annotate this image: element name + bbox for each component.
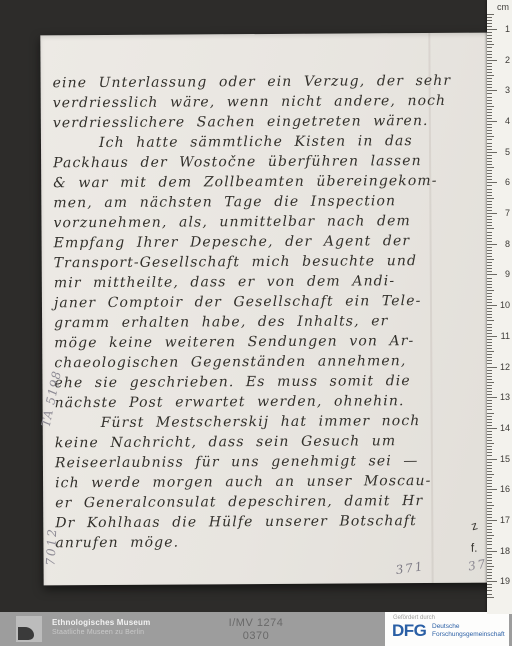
ruler-tick bbox=[487, 69, 492, 70]
ruler-tick bbox=[487, 161, 492, 162]
ruler-tick bbox=[487, 23, 492, 24]
ruler-tick bbox=[487, 373, 492, 374]
ruler-tick bbox=[487, 397, 497, 398]
ruler-tick bbox=[487, 422, 492, 423]
ruler-tick bbox=[487, 106, 494, 107]
ruler-tick bbox=[487, 124, 492, 125]
ruler-tick bbox=[487, 278, 492, 279]
ruler-tick bbox=[487, 459, 497, 460]
ruler-tick bbox=[487, 434, 492, 435]
ruler-tick bbox=[487, 185, 492, 186]
manuscript-line: anrufen möge. bbox=[55, 531, 485, 554]
ruler-tick bbox=[487, 590, 492, 591]
ruler-tick bbox=[487, 431, 492, 432]
ruler-tick bbox=[487, 176, 492, 177]
ruler-tick bbox=[487, 483, 492, 484]
ruler-tick bbox=[487, 158, 492, 159]
ruler-tick bbox=[487, 112, 492, 113]
ruler-tick bbox=[487, 489, 497, 490]
ruler-tick bbox=[487, 468, 492, 469]
manuscript-line: Packhaus der Wostočne überführen lassen bbox=[53, 151, 483, 174]
ruler-tick bbox=[487, 477, 492, 478]
ruler-tick bbox=[487, 400, 492, 401]
ruler-tick bbox=[487, 136, 494, 137]
ruler-tick bbox=[487, 544, 492, 545]
ruler-tick bbox=[487, 228, 494, 229]
ruler-tick bbox=[487, 336, 497, 337]
ruler-tick bbox=[487, 363, 492, 364]
ruler-tick bbox=[487, 575, 492, 576]
ruler-tick bbox=[487, 578, 492, 579]
ruler-tick bbox=[487, 127, 492, 128]
ruler-tick bbox=[487, 118, 492, 119]
ruler-tick bbox=[487, 20, 492, 21]
ruler-tick bbox=[487, 572, 492, 573]
ruler-tick bbox=[487, 109, 492, 110]
margin-note-vertical-bottom: 7012 bbox=[44, 527, 60, 566]
manuscript-line: verdriesslichere Sachen eingetreten wäre… bbox=[53, 111, 483, 134]
ruler-number: 9 bbox=[505, 269, 510, 279]
ruler-tick bbox=[487, 486, 492, 487]
margin-note-bottom-right: 371 bbox=[395, 559, 426, 577]
ruler-number: 4 bbox=[505, 116, 510, 126]
ruler-tick bbox=[487, 35, 492, 36]
ruler-tick bbox=[487, 391, 492, 392]
ruler-tick bbox=[487, 584, 492, 585]
ruler-tick bbox=[487, 495, 492, 496]
ruler-tick bbox=[487, 192, 492, 193]
dfg-logo: DFG bbox=[392, 621, 426, 641]
ruler-tick bbox=[487, 416, 492, 417]
ruler-tick bbox=[487, 75, 494, 76]
ruler-tick bbox=[487, 87, 492, 88]
ruler-tick bbox=[487, 452, 492, 453]
ruler-tick bbox=[487, 557, 492, 558]
ruler-tick bbox=[487, 314, 492, 315]
ruler-tick bbox=[487, 133, 492, 134]
ruler-tick bbox=[487, 26, 492, 27]
ruler-tick bbox=[487, 440, 492, 441]
manuscript-line: ich werde morgen auch an unser Moscau- bbox=[55, 471, 485, 494]
ruler-tick bbox=[487, 287, 492, 288]
ruler-tick bbox=[487, 302, 492, 303]
ruler-tick bbox=[487, 182, 497, 183]
ruler-tick bbox=[487, 207, 492, 208]
ruler-tick bbox=[487, 357, 492, 358]
ruler-tick bbox=[487, 121, 497, 122]
ruler: cm 1234567891011121314151617181920 bbox=[487, 0, 512, 646]
ruler-tick bbox=[487, 563, 492, 564]
ruler-tick bbox=[487, 78, 492, 79]
manuscript-line: Ich hatte sämmtliche Kisten in das bbox=[53, 131, 483, 154]
dfg-name-line1: Deutsche bbox=[432, 623, 505, 631]
ruler-tick bbox=[487, 284, 492, 285]
dfg-name-line2: Forschungsgemeinschaft bbox=[432, 631, 505, 639]
scan-viewport: eine Unterlassung oder ein Verzug, der s… bbox=[0, 0, 512, 646]
ruler-tick bbox=[487, 84, 492, 85]
manuscript-line: Dr Kohlhaas die Hülfe unserer Botschaft bbox=[55, 511, 485, 534]
manuscript-line: janer Comptoir der Gesellschaft ein Tele… bbox=[54, 291, 484, 314]
ruler-number: 12 bbox=[500, 362, 510, 372]
ruler-tick bbox=[487, 449, 492, 450]
ruler-tick bbox=[487, 143, 492, 144]
ruler-tick bbox=[487, 324, 492, 325]
ruler-tick bbox=[487, 66, 492, 67]
ruler-tick bbox=[487, 97, 492, 98]
ruler-tick bbox=[487, 480, 492, 481]
ruler-tick bbox=[487, 274, 497, 275]
ruler-tick bbox=[487, 517, 492, 518]
dfg-logo-box: Gefördert durch DFG Deutsche Forschungsg… bbox=[385, 612, 509, 646]
ruler-tick bbox=[487, 81, 492, 82]
ruler-number: 10 bbox=[500, 300, 510, 310]
ruler-tick bbox=[487, 502, 492, 503]
ruler-tick bbox=[487, 271, 492, 272]
ruler-tick bbox=[487, 465, 492, 466]
ruler-tick bbox=[487, 63, 492, 64]
ruler-number: 11 bbox=[501, 331, 510, 341]
ruler-number: 7 bbox=[505, 208, 510, 218]
ruler-tick bbox=[487, 57, 492, 58]
ruler-tick bbox=[487, 367, 497, 368]
ruler-tick bbox=[487, 139, 492, 140]
ruler-tick bbox=[487, 385, 492, 386]
ruler-tick bbox=[487, 538, 492, 539]
ruler-tick bbox=[487, 250, 492, 251]
ruler-number: 15 bbox=[500, 454, 510, 464]
ruler-tick bbox=[487, 511, 492, 512]
edge-ink-mark: f. bbox=[471, 541, 478, 555]
manuscript-line: Reiseerlaubniss für uns genehmigt sei — bbox=[55, 451, 485, 474]
manuscript-line: men, am nächsten Tage die Inspection bbox=[53, 191, 483, 214]
ruler-tick bbox=[487, 204, 492, 205]
manuscript-line: er Generalconsulat depeschiren, damit Hr bbox=[55, 491, 485, 514]
ruler-number: 3 bbox=[505, 85, 510, 95]
ruler-tick bbox=[487, 428, 497, 429]
ruler-tick bbox=[487, 32, 492, 33]
ruler-tick bbox=[487, 216, 492, 217]
ruler-tick bbox=[487, 155, 492, 156]
ruler-tick bbox=[487, 529, 492, 530]
ruler-tick bbox=[487, 152, 497, 153]
ruler-tick bbox=[487, 247, 492, 248]
manuscript-line: verdriesslich wäre, wenn nicht andere, n… bbox=[53, 91, 483, 114]
ruler-tick bbox=[487, 548, 492, 549]
ruler-tick bbox=[487, 333, 492, 334]
ruler-tick bbox=[487, 265, 492, 266]
ruler-tick bbox=[487, 115, 492, 116]
ruler-tick bbox=[487, 90, 497, 91]
ruler-tick bbox=[487, 54, 492, 55]
ruler-tick bbox=[487, 514, 492, 515]
ruler-tick bbox=[487, 443, 494, 444]
ruler-tick bbox=[487, 360, 492, 361]
ruler-tick bbox=[487, 406, 492, 407]
ruler-tick bbox=[487, 268, 492, 269]
ruler-tick bbox=[487, 225, 492, 226]
ruler-tick bbox=[487, 345, 492, 346]
ruler-tick bbox=[487, 44, 494, 45]
ruler-tick bbox=[487, 462, 492, 463]
ruler-tick bbox=[487, 419, 492, 420]
ruler-tick bbox=[487, 505, 494, 506]
ruler-tick bbox=[487, 189, 492, 190]
ruler-tick bbox=[487, 327, 492, 328]
ruler-tick bbox=[487, 100, 492, 101]
ruler-tick bbox=[487, 293, 492, 294]
manuscript-lines: eine Unterlassung oder ein Verzug, der s… bbox=[53, 71, 486, 554]
ruler-tick bbox=[487, 179, 492, 180]
ruler-tick bbox=[487, 29, 497, 30]
manuscript-line: Transport-Gesellschaft mich besuchte und bbox=[54, 251, 484, 274]
ruler-tick bbox=[487, 437, 492, 438]
ruler-tick bbox=[487, 17, 492, 18]
ruler-tick bbox=[487, 201, 492, 202]
ruler-tick bbox=[487, 210, 492, 211]
ruler-tick bbox=[487, 520, 497, 521]
ruler-tick bbox=[487, 388, 492, 389]
ruler-tick bbox=[487, 330, 492, 331]
ruler-tick bbox=[487, 93, 492, 94]
ruler-tick bbox=[487, 379, 492, 380]
ruler-number: 8 bbox=[505, 239, 510, 249]
manuscript-line: mir mittheilte, dass er von dem Andi- bbox=[54, 271, 484, 294]
manuscript-line: Fürst Mestscherskij hat immer noch bbox=[55, 411, 485, 434]
ruler-tick bbox=[487, 308, 492, 309]
ruler-tick bbox=[487, 259, 494, 260]
ruler-number: 19 bbox=[500, 576, 510, 586]
ruler-tick bbox=[487, 170, 492, 171]
ruler-tick bbox=[487, 256, 492, 257]
ruler-tick bbox=[487, 38, 492, 39]
ruler-tick bbox=[487, 342, 492, 343]
ruler-tick bbox=[487, 594, 492, 595]
ruler-tick bbox=[487, 474, 494, 475]
ruler-tick bbox=[487, 560, 492, 561]
ruler-number: 5 bbox=[505, 147, 510, 157]
ruler-tick bbox=[487, 173, 492, 174]
archive-footer-bar: Ethnologisches Museum Staatliche Museen … bbox=[0, 612, 512, 646]
ruler-tick bbox=[487, 339, 492, 340]
ruler-tick bbox=[487, 305, 497, 306]
ruler-tick bbox=[487, 508, 492, 509]
dfg-full-name: Deutsche Forschungsgemeinschaft bbox=[432, 623, 505, 639]
ruler-tick bbox=[487, 164, 492, 165]
ruler-tick bbox=[487, 526, 492, 527]
manuscript-line: Empfang Ihrer Depesche, der Agent der bbox=[54, 231, 484, 254]
ruler-tick bbox=[487, 41, 492, 42]
manuscript-line: chaeologischen Gegenständen annehmen, bbox=[54, 351, 484, 374]
ruler-tick bbox=[487, 281, 492, 282]
ruler-number: 13 bbox=[500, 392, 510, 402]
ruler-tick bbox=[487, 219, 492, 220]
ruler-tick bbox=[487, 403, 492, 404]
ruler-tick bbox=[487, 103, 492, 104]
ruler-tick bbox=[487, 253, 492, 254]
ruler-tick bbox=[487, 351, 494, 352]
ruler-tick bbox=[487, 425, 492, 426]
manuscript-line: vorzunehmen, als, unmittelbar nach dem bbox=[53, 211, 483, 234]
ruler-tick bbox=[487, 72, 492, 73]
manuscript-line: nächste Post erwartet werden, ohnehin. bbox=[55, 391, 485, 414]
ruler-tick bbox=[487, 382, 494, 383]
ruler-tick bbox=[487, 532, 492, 533]
ruler-tick bbox=[487, 317, 492, 318]
ruler-tick bbox=[487, 354, 492, 355]
ruler-tick bbox=[487, 376, 492, 377]
ruler-tick bbox=[487, 296, 492, 297]
ruler-number: 16 bbox=[500, 484, 510, 494]
ruler-number: 14 bbox=[500, 423, 510, 433]
ruler-tick bbox=[487, 47, 492, 48]
ruler-tick bbox=[487, 195, 492, 196]
manuscript-line: ehe sie geschrieben. Es muss somit die bbox=[54, 371, 484, 394]
ruler-tick bbox=[487, 232, 492, 233]
ruler-tick bbox=[487, 14, 494, 15]
ruler-tick bbox=[487, 130, 492, 131]
ruler-tick bbox=[487, 498, 492, 499]
manuscript-line: eine Unterlassung oder ein Verzug, der s… bbox=[53, 71, 483, 94]
ruler-tick bbox=[487, 554, 492, 555]
ruler-number: 2 bbox=[505, 55, 510, 65]
ruler-tick bbox=[487, 471, 492, 472]
ruler-tick bbox=[487, 587, 492, 588]
ruler-tick bbox=[487, 235, 492, 236]
manuscript-line: möge keine weiteren Sendungen von Ar- bbox=[54, 331, 484, 354]
ruler-tick bbox=[487, 541, 492, 542]
ruler-tick bbox=[487, 370, 492, 371]
ruler-tick bbox=[487, 60, 497, 61]
ruler-tick bbox=[487, 394, 492, 395]
ruler-seam bbox=[487, 598, 512, 614]
ruler-tick bbox=[487, 523, 492, 524]
manuscript-line: gramm erhalten habe, des Inhalts, er bbox=[54, 311, 484, 334]
ruler-tick bbox=[487, 241, 492, 242]
ruler-tick bbox=[487, 320, 494, 321]
ruler-tick bbox=[487, 409, 492, 410]
ruler-tick bbox=[487, 581, 497, 582]
ruler-tick bbox=[487, 455, 492, 456]
ruler-tick bbox=[487, 492, 492, 493]
manuscript-page: eine Unterlassung oder ein Verzug, der s… bbox=[40, 33, 491, 586]
ruler-tick bbox=[487, 551, 497, 552]
ruler-tick bbox=[487, 51, 492, 52]
ruler-tick bbox=[487, 446, 492, 447]
ruler-tick bbox=[487, 213, 497, 214]
ruler-tick bbox=[487, 311, 492, 312]
ruler-tick bbox=[487, 167, 494, 168]
ruler-tick bbox=[487, 149, 492, 150]
ruler-tick bbox=[487, 535, 494, 536]
ruler-unit-label: cm bbox=[497, 2, 509, 12]
ruler-tick bbox=[487, 244, 497, 245]
ruler-tick bbox=[487, 290, 494, 291]
ruler-number: 18 bbox=[500, 546, 510, 556]
manuscript-line: keine Nachricht, dass sein Gesuch um bbox=[55, 431, 485, 454]
ruler-tick bbox=[487, 198, 494, 199]
ruler-tick bbox=[487, 222, 492, 223]
ruler-tick bbox=[487, 348, 492, 349]
ruler-number: 1 bbox=[505, 24, 510, 34]
ruler-tick bbox=[487, 566, 494, 567]
ruler-number: 17 bbox=[500, 515, 510, 525]
ruler-tick bbox=[487, 413, 494, 414]
ruler-tick bbox=[487, 146, 492, 147]
ruler-tick bbox=[487, 238, 492, 239]
ruler-tick bbox=[487, 299, 492, 300]
manuscript-line: & war mit dem Zollbeamten übereingekom- bbox=[53, 171, 483, 194]
ruler-number: 6 bbox=[505, 177, 510, 187]
ruler-tick bbox=[487, 262, 492, 263]
